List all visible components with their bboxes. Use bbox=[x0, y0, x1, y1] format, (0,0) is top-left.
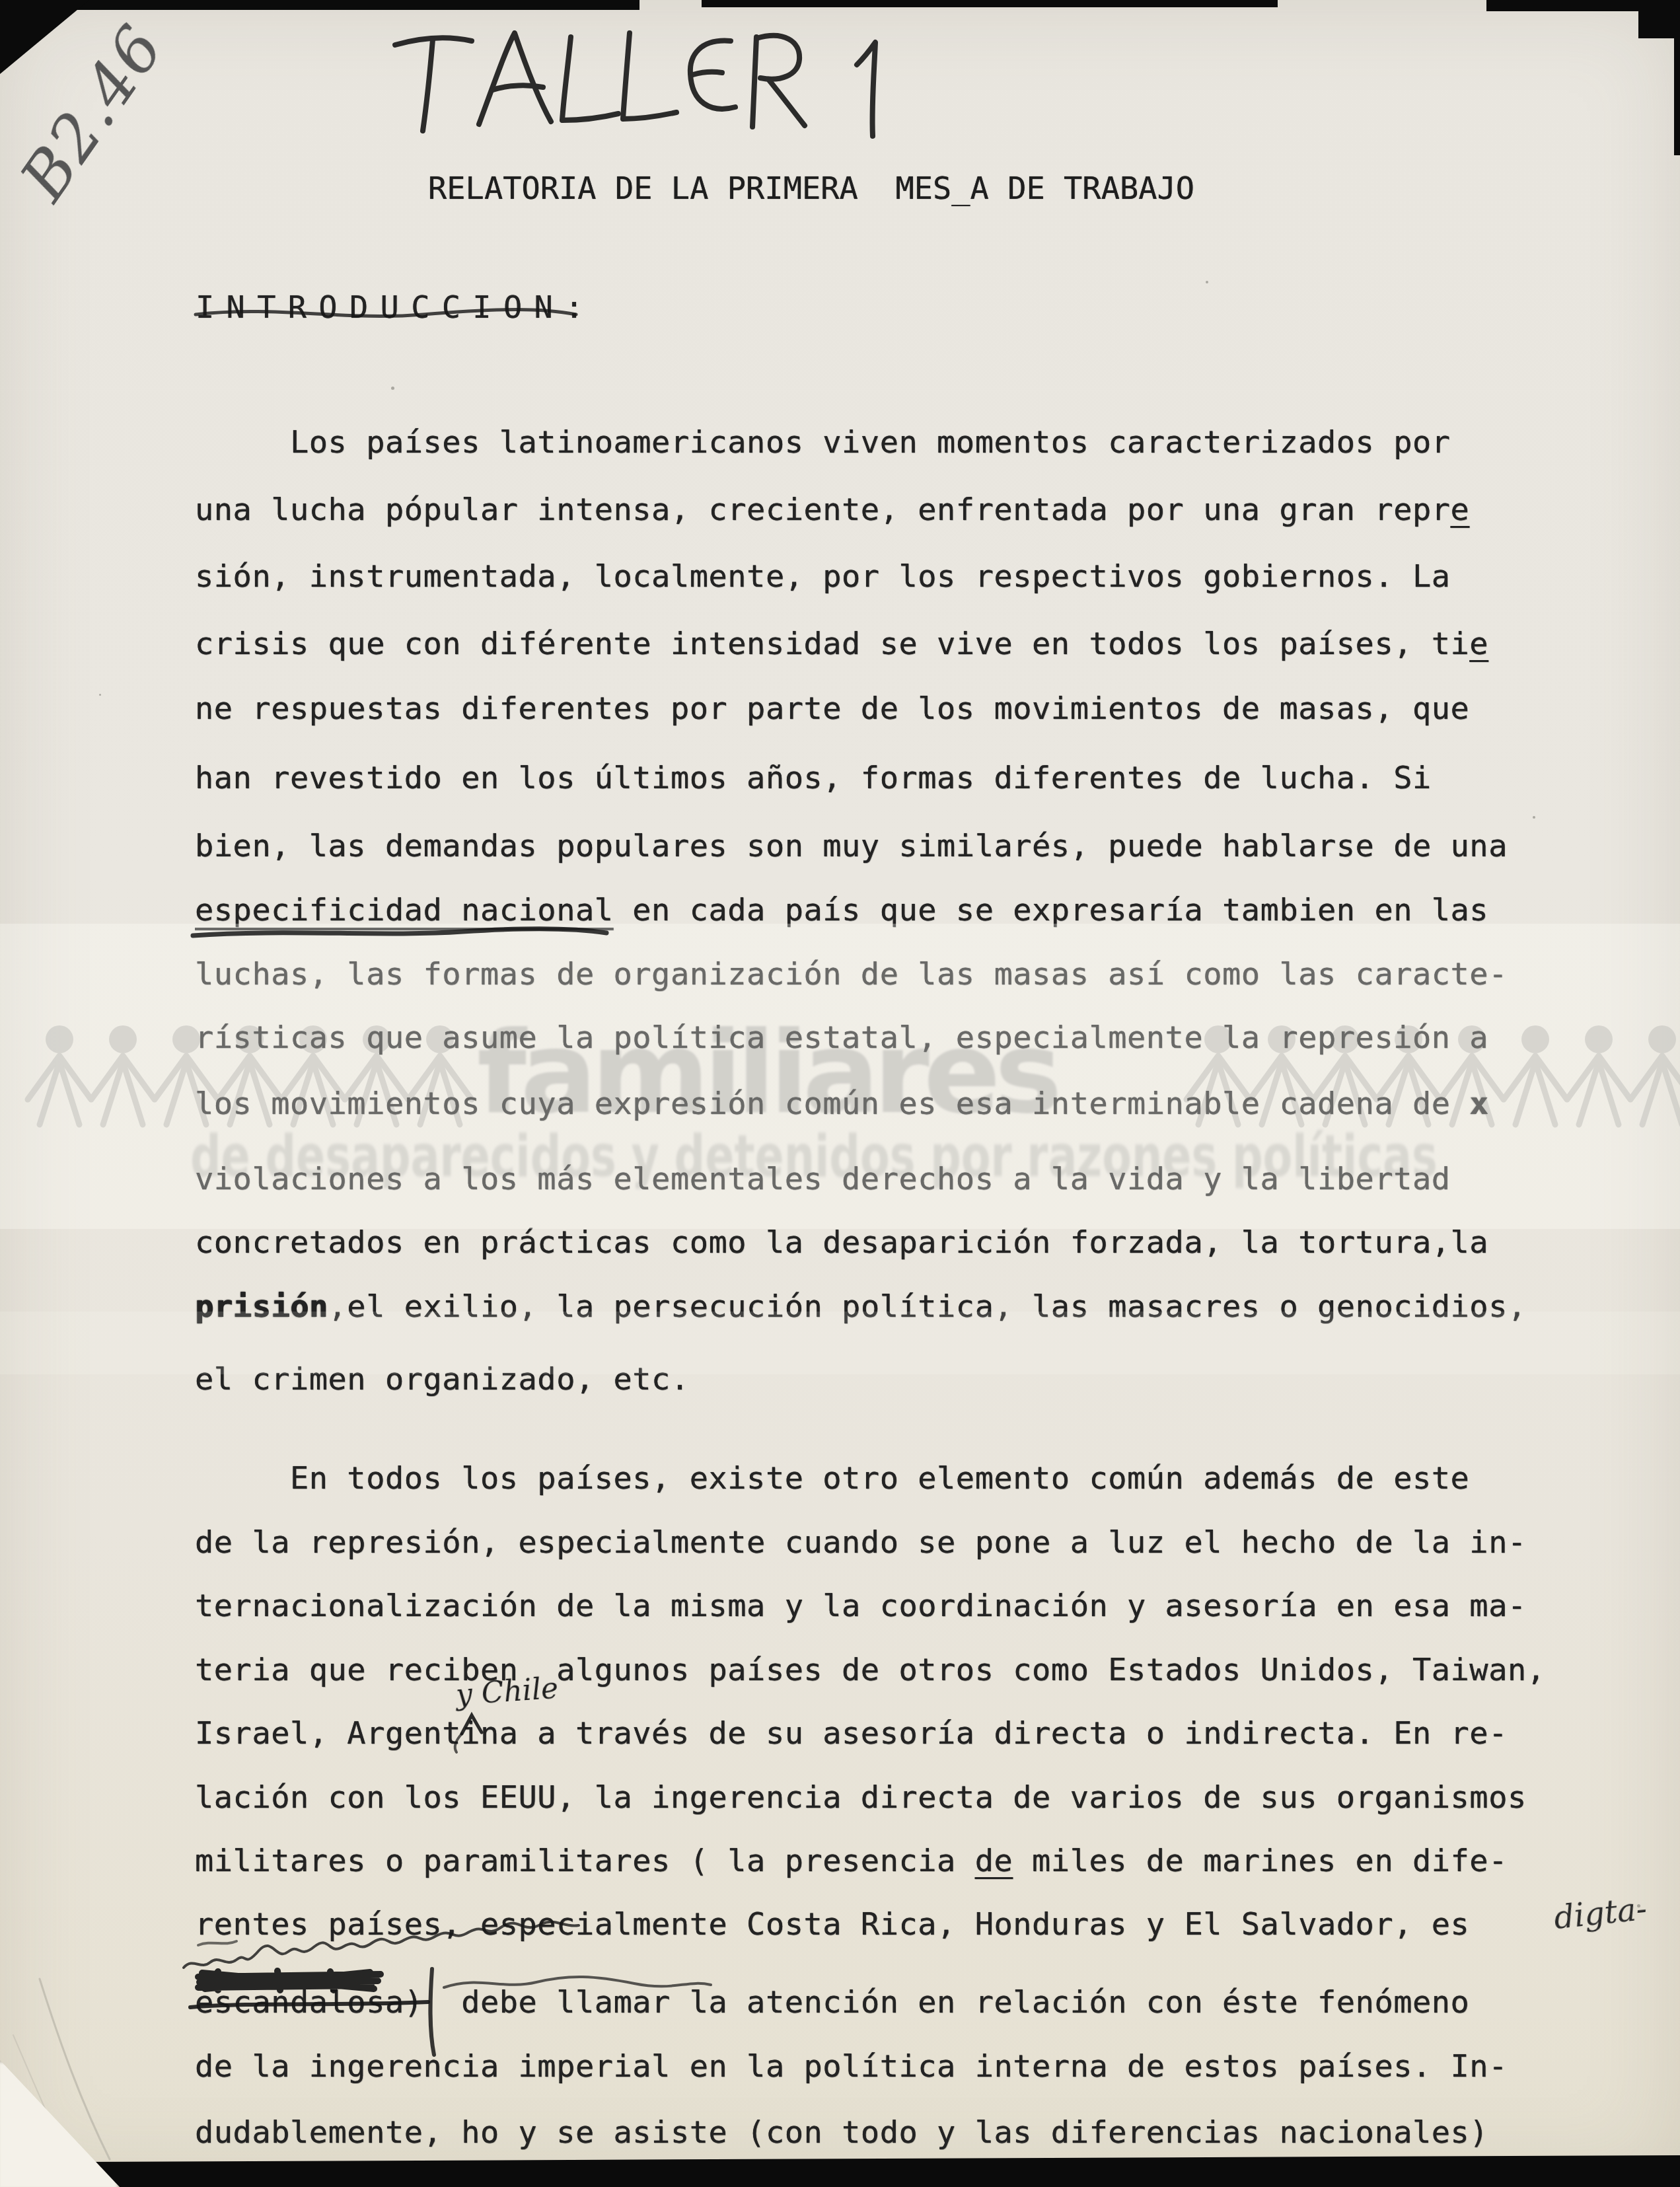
scan-edge-right bbox=[1674, 0, 1680, 155]
scan-edge-top bbox=[0, 0, 639, 10]
scan-edge-top bbox=[702, 0, 1278, 7]
scan-edge-layer bbox=[0, 0, 1680, 2187]
scanned-document-page: familiares de desaparecidos y detenidos … bbox=[0, 0, 1680, 2187]
scan-edge-bottom bbox=[0, 2155, 1680, 2187]
scan-edge-corner bbox=[0, 0, 89, 74]
